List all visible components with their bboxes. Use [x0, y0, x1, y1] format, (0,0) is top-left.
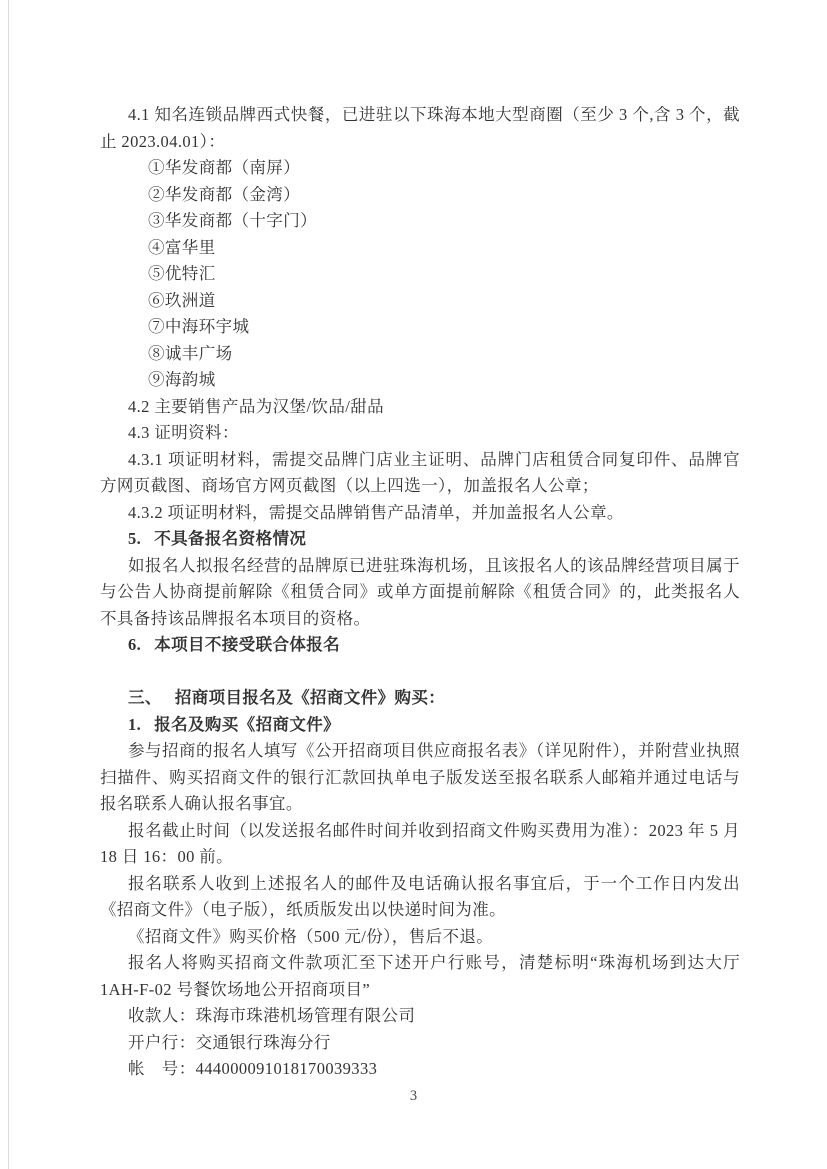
- list-item: ⑥玖洲道: [100, 288, 740, 315]
- heading-number: 6.: [128, 635, 141, 654]
- paragraph: 参与招商的报名人填写《公开招商项目供应商报名表》（详见附件），并附营业执照扫描件…: [100, 738, 740, 818]
- paragraph: 报名联系人收到上述报名人的邮件及电话确认报名事宜后，于一个工作日内发出《招商文件…: [100, 871, 740, 924]
- list-item: ①华发商都（南屏）: [100, 155, 740, 182]
- document-body: 4.1 知名连锁品牌西式快餐，已进驻以下珠海本地大型商圈（至少 3 个,含 3 …: [100, 102, 740, 1083]
- paragraph: 开户行：交通银行珠海分行: [100, 1030, 740, 1057]
- section-heading: 三、招商项目报名及《招商文件》购买：: [100, 685, 740, 712]
- paragraph: 4.3.1 项证明材料，需提交品牌门店业主证明、品牌门店租赁合同复印件、品牌官方…: [100, 447, 740, 500]
- blank-line: [100, 659, 740, 686]
- page-number: 3: [410, 1088, 417, 1104]
- heading-text: 本项目不接受联合体报名: [154, 635, 340, 654]
- heading-text: 不具备报名资格情况: [154, 529, 306, 548]
- list-item: ④富华里: [100, 235, 740, 262]
- paragraph: 收款人：珠海市珠港机场管理有限公司: [100, 1003, 740, 1030]
- list-item: ②华发商都（金湾）: [100, 182, 740, 209]
- paragraph: 如报名人拟报名经营的品牌原已进驻珠海机场，且该报名人的该品牌经营项目属于与公告人…: [100, 553, 740, 633]
- section-heading: 1.报名及购买《招商文件》: [100, 712, 740, 739]
- paragraph: 4.2 主要销售产品为汉堡/饮品/甜品: [100, 394, 740, 421]
- scan-edge-line: [8, 0, 9, 1169]
- heading-number: 1.: [128, 715, 141, 734]
- paragraph: 4.3.2 项证明材料，需提交品牌销售产品清单，并加盖报名人公章。: [100, 500, 740, 527]
- paragraph: 4.3 证明资料：: [100, 420, 740, 447]
- heading-text: 招商项目报名及《招商文件》购买：: [175, 688, 445, 707]
- heading-text: 报名及购买《招商文件》: [154, 715, 340, 734]
- list-item: ⑦中海环宇城: [100, 314, 740, 341]
- document-page: 4.1 知名连锁品牌西式快餐，已进驻以下珠海本地大型商圈（至少 3 个,含 3 …: [0, 0, 827, 1169]
- heading-number: 三、: [128, 688, 162, 707]
- list-item: ⑤优特汇: [100, 261, 740, 288]
- page-footer: 3: [0, 1088, 827, 1105]
- heading-number: 5.: [128, 529, 141, 548]
- paragraph: 帐 号：444000091018170039333: [100, 1056, 740, 1083]
- section-heading: 6.本项目不接受联合体报名: [100, 632, 740, 659]
- list-item: ⑧诚丰广场: [100, 341, 740, 368]
- list-item: ③华发商都（十字门）: [100, 208, 740, 235]
- paragraph: 报名人将购买招商文件款项汇至下述开户行账号，清楚标明“珠海机场到达大厅 1AH-…: [100, 950, 740, 1003]
- paragraph: 4.1 知名连锁品牌西式快餐，已进驻以下珠海本地大型商圈（至少 3 个,含 3 …: [100, 102, 740, 155]
- paragraph: 报名截止时间（以发送报名邮件时间并收到招商文件购买费用为准）：2023 年 5 …: [100, 818, 740, 871]
- section-heading: 5.不具备报名资格情况: [100, 526, 740, 553]
- list-item: ⑨海韵城: [100, 367, 740, 394]
- paragraph: 《招商文件》购买价格（500 元/份），售后不退。: [100, 924, 740, 951]
